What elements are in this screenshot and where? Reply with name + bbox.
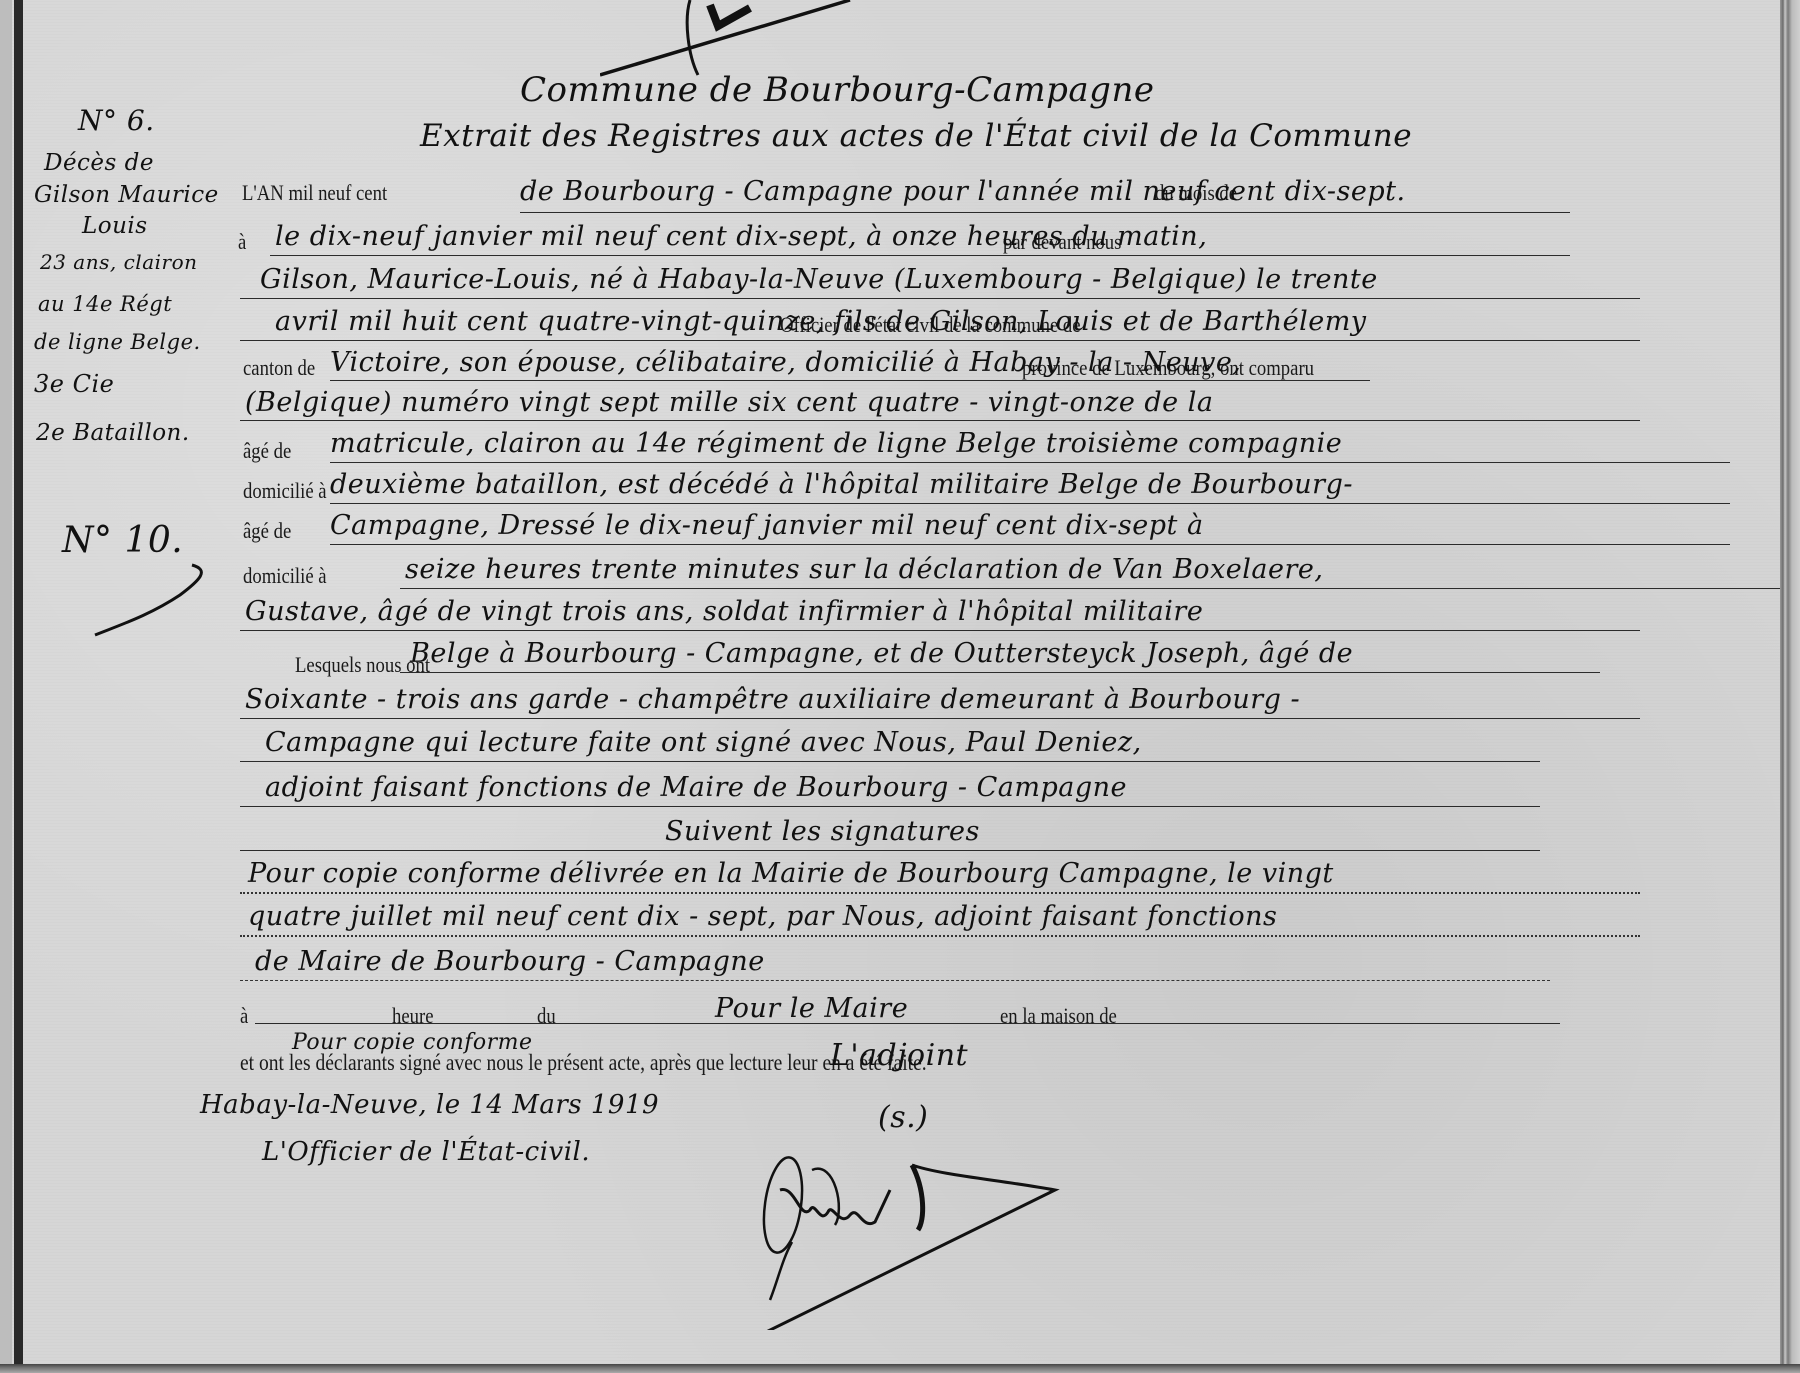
hand-line-16: Suivent les signatures <box>665 816 980 847</box>
form-label-canton: canton de <box>243 355 315 381</box>
hand-line-3: Gilson, Maurice-Louis, né à Habay-la-Neu… <box>260 264 1378 295</box>
margin-note-1: Décès de <box>44 150 154 176</box>
officer-signature <box>700 1130 1160 1330</box>
form-rule-2 <box>270 255 1570 256</box>
hand-line-13: Soixante - trois ans garde - champêtre a… <box>245 684 1300 715</box>
hand-line-15: adjoint faisant fonctions de Maire de Bo… <box>265 772 1127 803</box>
margin-flourish <box>80 540 220 640</box>
hand-line-10: seize heures trente minutes sur la décla… <box>405 554 1323 585</box>
form-label-domicile-2: domicilié à <box>243 563 327 589</box>
form-label-bottom-house: en la maison de <box>1000 1003 1117 1029</box>
form-rule-17 <box>240 892 1640 894</box>
register-binding-rule <box>14 0 23 1373</box>
hand-line-19: de Maire de Bourbourg - Campagne <box>255 946 765 977</box>
form-rule-19 <box>240 980 1550 981</box>
hand-line-1: de Bourbourg - Campagne pour l'année mil… <box>520 176 1406 207</box>
margin-record-number: N° 6. <box>78 104 155 137</box>
hand-line-8: deuxième bataillon, est décédé à l'hôpit… <box>330 469 1353 500</box>
form-rule-1 <box>520 212 1570 213</box>
hand-line-9: Campagne, Dressé le dix-neuf janvier mil… <box>330 510 1204 541</box>
form-label-age-2: âgé de <box>243 518 291 544</box>
top-strike-mark <box>600 0 1260 130</box>
form-rule-6 <box>240 420 1640 421</box>
margin-note-4: 23 ans, clairon <box>40 250 198 274</box>
form-rule-3 <box>240 298 1640 299</box>
for-mayor-note: Pour le Maire <box>715 993 908 1024</box>
margin-note-8: 2e Bataillon. <box>36 420 190 446</box>
form-rule-4 <box>240 340 1640 341</box>
hand-line-7: matricule, clairon au 14e régiment de li… <box>330 428 1342 459</box>
form-rule-18 <box>240 935 1640 937</box>
form-label-year: L'AN mil neuf cent <box>242 180 387 206</box>
adjoint-signature: L'adjoint <box>830 1038 968 1073</box>
page-right-edge <box>1780 0 1800 1373</box>
form-label-bottom-hour: heure <box>392 1003 434 1029</box>
form-label-domicile-1: domicilié à <box>243 478 327 504</box>
form-rule-14 <box>240 761 1540 762</box>
form-rule-15 <box>240 806 1540 807</box>
hand-line-5: Victoire, son épouse, célibataire, domic… <box>330 347 1241 378</box>
margin-note-6: de ligne Belge. <box>34 330 201 354</box>
form-label-bottom-of: du <box>537 1003 556 1029</box>
form-rule-7 <box>330 462 1730 463</box>
hand-line-17: Pour copie conforme délivrée en la Mairi… <box>248 858 1334 889</box>
hand-line-18: quatre juillet mil neuf cent dix - sept,… <box>248 901 1277 932</box>
place-date: Habay-la-Neuve, le 14 Mars 1919 <box>200 1090 659 1120</box>
hand-line-11: Gustave, âgé de vingt trois ans, soldat … <box>245 596 1203 627</box>
document-page: Commune de Bourbourg-Campagne Extrait de… <box>0 0 1800 1373</box>
form-label-age-1: âgé de <box>243 438 291 464</box>
copy-conform-note: Pour copie conforme <box>292 1030 533 1055</box>
form-rule-5 <box>330 380 1370 381</box>
form-rule-13 <box>240 718 1640 719</box>
form-rule-8 <box>330 503 1730 504</box>
form-rule-10 <box>400 588 1780 589</box>
margin-note-2: Gilson Maurice <box>34 182 219 208</box>
margin-note-5: au 14e Régt <box>38 292 172 316</box>
heading-subtitle: Extrait des Registres aux actes de l'Éta… <box>420 118 1412 154</box>
page-left-edge <box>0 0 12 1373</box>
hand-line-2: le dix-neuf janvier mil neuf cent dix-se… <box>275 221 1207 252</box>
form-label-at: à <box>238 229 246 255</box>
heading-title: Commune de Bourbourg-Campagne <box>520 70 1154 110</box>
hand-line-12: Belge à Bourbourg - Campagne, et de Outt… <box>410 638 1353 669</box>
form-label-bottom-at: à <box>240 1003 248 1029</box>
margin-note-7: 3e Cie <box>34 370 114 398</box>
hand-line-4: avril mil huit cent quatre-vingt-quinze,… <box>275 306 1367 337</box>
page-bottom-edge <box>0 1364 1800 1373</box>
hand-line-14: Campagne qui lecture faite ont signé ave… <box>265 727 1142 758</box>
form-rule-16 <box>240 850 1540 851</box>
hand-line-6: (Belgique) numéro vingt sept mille six c… <box>245 387 1213 418</box>
officer-title: L'Officier de l'État-civil. <box>262 1137 590 1167</box>
margin-note-3: Louis <box>82 213 148 239</box>
form-rule-11 <box>240 630 1640 631</box>
form-rule-12 <box>400 672 1600 673</box>
form-rule-9 <box>330 544 1730 545</box>
